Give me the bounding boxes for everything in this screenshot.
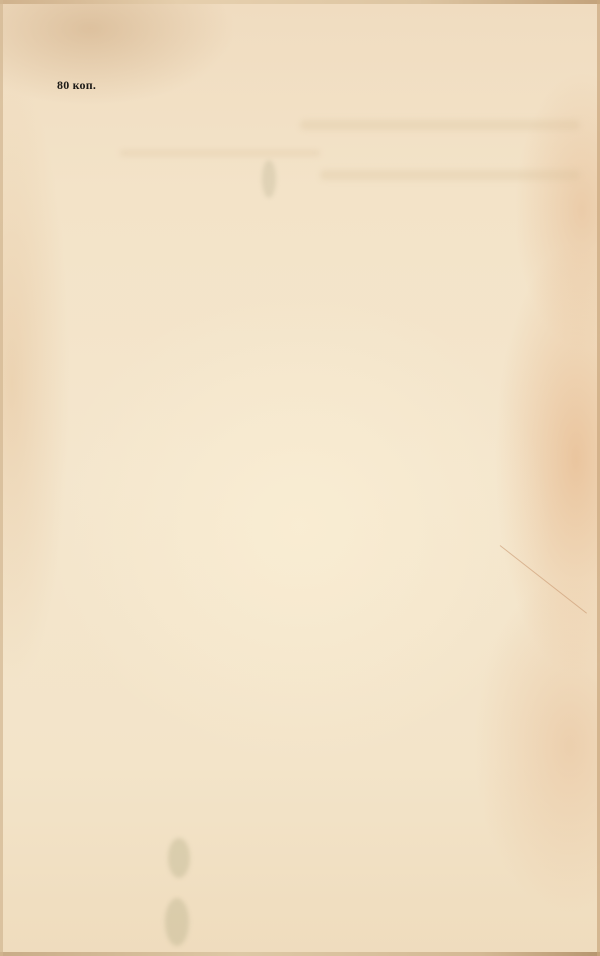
cover-left-edge (0, 0, 3, 956)
cover-bottom-edge (0, 952, 600, 956)
paper-crease (500, 545, 587, 614)
paper-stain (165, 898, 189, 946)
paper-streak (120, 150, 320, 156)
cover-top-edge (0, 0, 600, 4)
paper-stain (262, 160, 276, 198)
price-label: 80 коп. (57, 78, 96, 93)
paper-streak (300, 120, 580, 130)
paper-stain (168, 838, 190, 878)
paper-streak (320, 170, 580, 180)
book-back-cover: 80 коп. (0, 0, 600, 956)
